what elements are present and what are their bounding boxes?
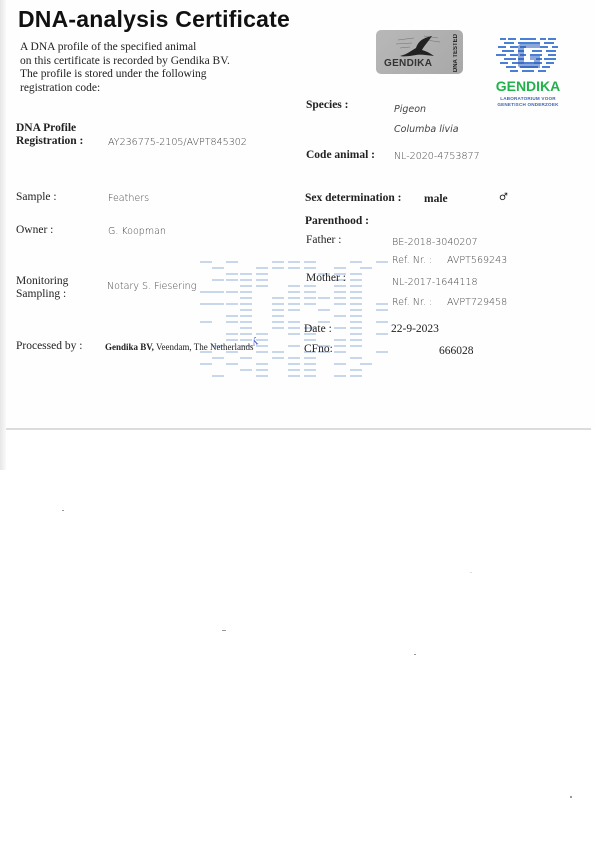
species-common-value: Pigeon <box>394 104 426 115</box>
date-label: Date : <box>304 323 332 335</box>
parenthood-label: Parenthood : <box>305 215 369 227</box>
gendika-logo: GENDIKA LABORATORIUM VOOR GENETISCH ONDE… <box>492 36 564 81</box>
intro-text: A DNA profile of the specified animal on… <box>20 41 230 95</box>
species-latin-value: Columba livia <box>394 124 459 135</box>
monitoring-value: Notary S. Fiesering <box>107 281 196 292</box>
owner-label: Owner : <box>16 224 53 236</box>
gendika-g-emblem-icon <box>492 36 564 76</box>
cfno-label: CFno: <box>304 343 333 355</box>
father-ring-value: BE-2018-3040207 <box>392 237 478 248</box>
document-title: DNA-analysis Certificate <box>18 6 290 33</box>
certificate-card: DNA-analysis Certificate A DNA profile o… <box>0 0 595 430</box>
father-ref-value: AVPT569243 <box>447 255 507 266</box>
registration-value: AY236775-2105/AVPT845302 <box>108 137 247 148</box>
code-animal-label: Code animal : <box>306 149 375 161</box>
scan-speck <box>62 510 64 511</box>
mother-ref-value: AVPT729458 <box>447 297 507 308</box>
father-ref-label: Ref. Nr. : <box>392 255 432 266</box>
scan-speck <box>414 654 416 655</box>
scan-speck <box>222 630 226 631</box>
owner-value: G. Koopman <box>108 226 166 237</box>
mother-label: Mother : <box>306 272 346 284</box>
monitoring-sampling-label: Monitoring Sampling : <box>16 275 68 301</box>
sample-value: Feathers <box>108 193 149 204</box>
certificate-bottom-edge <box>6 428 591 430</box>
cfno-value: 666028 <box>439 345 474 357</box>
sex-determination-label: Sex determination : <box>305 192 401 204</box>
registration-label: DNA Profile Registration : <box>16 122 83 148</box>
date-value: 22-9-2023 <box>391 323 439 335</box>
species-label: Species : <box>306 99 348 111</box>
sex-value: male <box>424 193 448 205</box>
scan-speck <box>570 796 572 798</box>
scan-edge-shadow <box>0 0 6 470</box>
male-symbol-icon: ♂ <box>499 192 508 203</box>
father-label: Father : <box>306 234 341 246</box>
code-animal-value: NL-2020-4753877 <box>394 151 480 162</box>
mother-ref-label: Ref. Nr. : <box>392 297 432 308</box>
processed-by-value: Gendika BV, Veendam, The Netherlands <box>105 342 254 352</box>
mother-ring-value: NL-2017-1644118 <box>392 277 478 288</box>
processed-by-label: Processed by : <box>16 340 82 352</box>
sample-label: Sample : <box>16 191 57 203</box>
dna-tested-sticker: GENDIKA DNA TESTED <box>376 30 463 74</box>
scan-speck <box>470 572 472 573</box>
